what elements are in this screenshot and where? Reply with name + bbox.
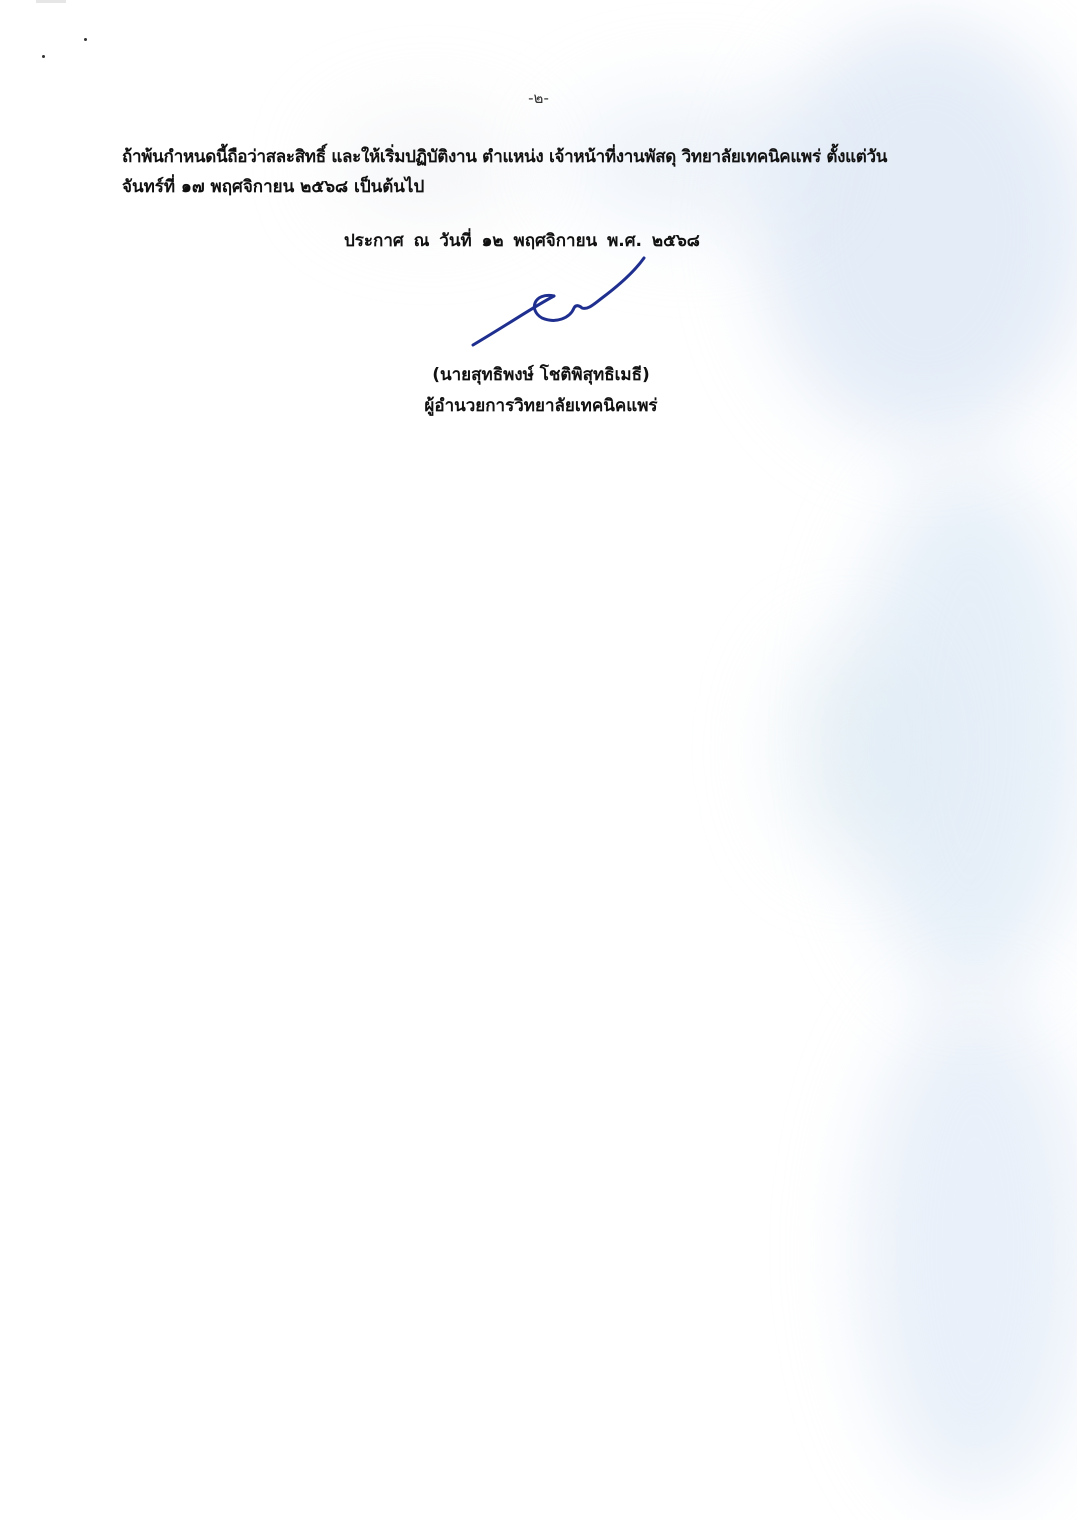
scan-speck (42, 55, 45, 58)
body-line-2: จันทร์ที่ ๑๗ พฤศจิกายน ๒๕๖๘ เป็นต้นไป (122, 172, 962, 202)
body-paragraph: ถ้าพ้นกำหนดนี้ถือว่าสละสิทธิ์ และให้เริ่… (122, 142, 962, 202)
scan-edge-mark (36, 0, 66, 3)
page-number: -๒- (0, 86, 1077, 110)
scan-tint (780, 640, 920, 860)
signer-title: ผู้อำนวยการวิทยาลัยเทคนิคแพร่ (0, 392, 1077, 419)
scan-tint (850, 470, 1077, 990)
scan-speck (84, 38, 87, 41)
signer-name: (นายสุทธิพงษ์ โชติพิสุทธิเมธี) (0, 361, 1077, 388)
body-line-1: ถ้าพ้นกำหนดนี้ถือว่าสละสิทธิ์ และให้เริ่… (122, 142, 962, 172)
scan-tint (860, 1000, 1077, 1500)
signature-icon (470, 248, 650, 353)
